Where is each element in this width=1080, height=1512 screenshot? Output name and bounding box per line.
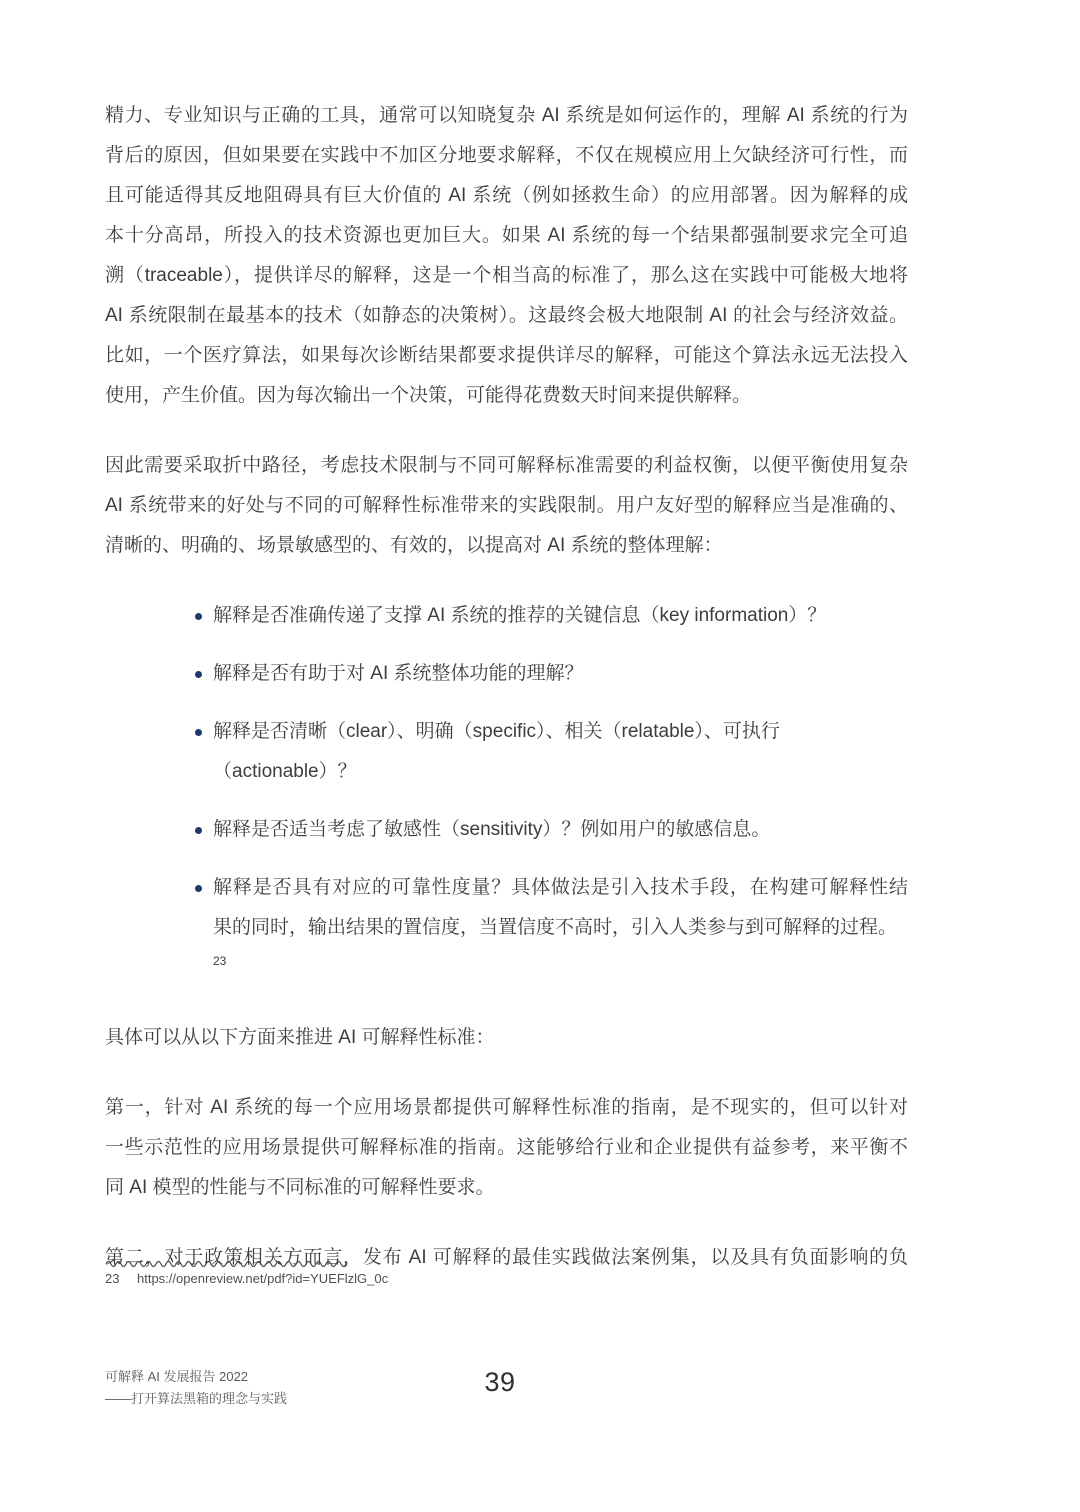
footnote-number: 23 xyxy=(105,1270,137,1288)
footnote-url-link[interactable]: https://openreview.net/pdf?id=YUEFlzlG_0… xyxy=(137,1270,388,1288)
text-line: 具体可以从以下方面来推进 AI 可解释性标准： xyxy=(105,1018,908,1058)
paragraph: 精力、专业知识与正确的工具，通常可以知晓复杂 AI 系统是如何运作的，理解 AI… xyxy=(105,96,908,416)
bullet-list-item: 解释是否准确传递了支撑 AI 系统的推荐的关键信息（key informatio… xyxy=(195,596,908,636)
text-line: AI 系统带来的好处与不同的可解释性标准带来的实践限制。用户友好型的解释应当是准… xyxy=(105,486,908,526)
footnote-reference[interactable]: 23 xyxy=(213,954,226,968)
bullet-list-item: 解释是否清晰（clear）、明确（specific）、相关（relatable）… xyxy=(195,712,908,792)
text-line: 解释是否准确传递了支撑 AI 系统的推荐的关键信息（key informatio… xyxy=(213,596,908,636)
bullet-list: 解释是否准确传递了支撑 AI 系统的推荐的关键信息（key informatio… xyxy=(105,596,908,988)
bullet-item-text: 解释是否适当考虑了敏感性（sensitivity）？例如用户的敏感信息。 xyxy=(213,810,908,850)
bullet-list-item: 解释是否有助于对 AI 系统整体功能的理解？ xyxy=(195,654,908,694)
bullet-icon xyxy=(195,613,202,620)
paragraph: 第一，针对 AI 系统的每一个应用场景都提供可解释性标准的指南，是不现实的，但可… xyxy=(105,1088,908,1208)
bullet-icon xyxy=(195,827,202,834)
footnote-section: 23 https://openreview.net/pdf?id=YUEFlzl… xyxy=(105,1258,388,1288)
bullet-list-item: 解释是否具有对应的可靠性度量？具体做法是引入技术手段，在构建可解释性结果的同时，… xyxy=(195,868,908,988)
bullet-item-text: 解释是否有助于对 AI 系统整体功能的理解？ xyxy=(213,654,908,694)
bullet-icon xyxy=(195,885,202,892)
text-line: 精力、专业知识与正确的工具，通常可以知晓复杂 AI 系统是如何运作的，理解 AI… xyxy=(105,96,908,136)
page-content: 精力、专业知识与正确的工具，通常可以知晓复杂 AI 系统是如何运作的，理解 AI… xyxy=(105,96,908,1308)
bullet-list-item: 解释是否适当考虑了敏感性（sensitivity）？例如用户的敏感信息。 xyxy=(195,810,908,850)
text-line: 一些示范性的应用场景提供可解释标准的指南。这能够给行业和企业提供有益参考，来平衡… xyxy=(105,1128,908,1168)
paragraph: 具体可以从以下方面来推进 AI 可解释性标准： xyxy=(105,1018,908,1058)
text-line: 解释是否具有对应的可靠性度量？具体做法是引入技术手段，在构建可解释性结 xyxy=(213,868,908,908)
text-line: 解释是否清晰（clear）、明确（specific）、相关（relatable）… xyxy=(213,712,908,792)
bullet-icon xyxy=(195,671,202,678)
footnote-separator-squiggle xyxy=(105,1258,348,1267)
text-line: 果的同时，输出结果的置信度，当置信度不高时，引入人类参与到可解释的过程。23 xyxy=(213,908,908,988)
text-line: 清晰的、明确的、场景敏感型的、有效的，以提高对 AI 系统的整体理解： xyxy=(105,526,908,566)
paragraph: 因此需要采取折中路径，考虑技术限制与不同可解释标准需要的利益权衡，以便平衡使用复… xyxy=(105,446,908,566)
text-line: AI 系统限制在最基本的技术（如静态的决策树）。这最终会极大地限制 AI 的社会… xyxy=(105,296,908,336)
page-footer: 可解释 AI 发展报告 2022 ——打开算法黑箱的理念与实践 xyxy=(105,1366,287,1410)
text-line: 比如，一个医疗算法，如果每次诊断结果都要求提供详尽的解释，可能这个算法永远无法投… xyxy=(105,336,908,376)
text-line: 因此需要采取折中路径，考虑技术限制与不同可解释标准需要的利益权衡，以便平衡使用复… xyxy=(105,446,908,486)
text-line: 第一，针对 AI 系统的每一个应用场景都提供可解释性标准的指南，是不现实的，但可… xyxy=(105,1088,908,1128)
bullet-item-text: 解释是否准确传递了支撑 AI 系统的推荐的关键信息（key informatio… xyxy=(213,596,908,636)
text-line: 溯（traceable），提供详尽的解释，这是一个相当高的标准了，那么这在实践中… xyxy=(105,256,908,296)
text-line: 同 AI 模型的性能与不同标准的可解释性要求。 xyxy=(105,1168,908,1208)
text-line: 背后的原因，但如果要在实践中不加区分地要求解释，不仅在规模应用上欠缺经济可行性，… xyxy=(105,136,908,176)
page-number: 39 xyxy=(460,1367,540,1398)
document-page: 精力、专业知识与正确的工具，通常可以知晓复杂 AI 系统是如何运作的，理解 AI… xyxy=(0,0,1080,1512)
footer-report-title: 可解释 AI 发展报告 2022 xyxy=(105,1366,287,1388)
text-line: 解释是否适当考虑了敏感性（sensitivity）？例如用户的敏感信息。 xyxy=(213,810,908,850)
footer-report-subtitle: ——打开算法黑箱的理念与实践 xyxy=(105,1388,287,1410)
bullet-icon xyxy=(195,729,202,736)
bullet-item-text: 解释是否具有对应的可靠性度量？具体做法是引入技术手段，在构建可解释性结果的同时，… xyxy=(213,868,908,988)
text-line: 本十分高昂，所投入的技术资源也更加巨大。如果 AI 系统的每一个结果都强制要求完… xyxy=(105,216,908,256)
bullet-item-text: 解释是否清晰（clear）、明确（specific）、相关（relatable）… xyxy=(213,712,908,792)
text-line: 且可能适得其反地阻碍具有巨大价值的 AI 系统（例如拯救生命）的应用部署。因为解… xyxy=(105,176,908,216)
text-line: 使用，产生价值。因为每次输出一个决策，可能得花费数天时间来提供解释。 xyxy=(105,376,908,416)
text-line: 解释是否有助于对 AI 系统整体功能的理解？ xyxy=(213,654,908,694)
